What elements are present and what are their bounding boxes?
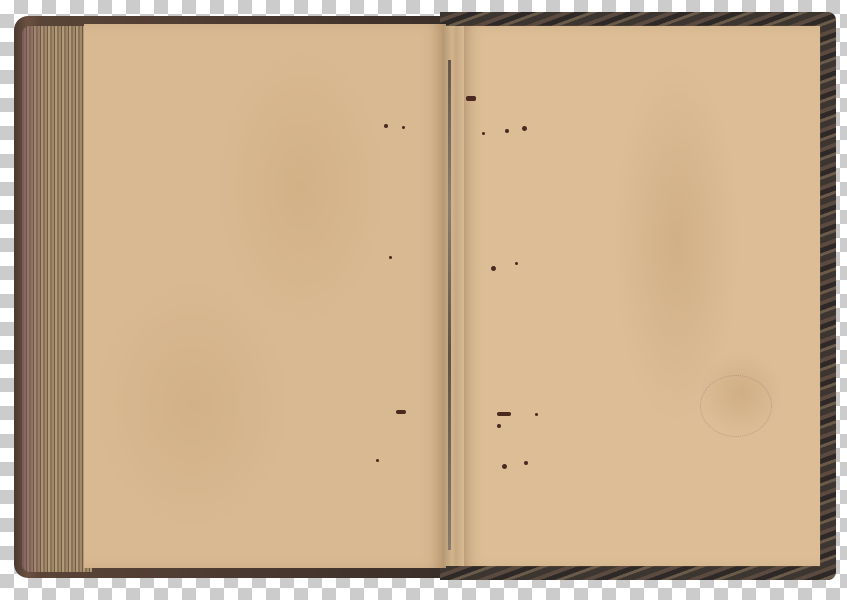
stain-spot (515, 262, 518, 265)
stain-spot (505, 129, 509, 133)
stain-spot (402, 126, 405, 129)
stain-spot (491, 266, 496, 271)
stain-spot (524, 461, 528, 465)
binding-crack (448, 60, 451, 550)
stain-spot (502, 464, 507, 469)
stain-spot (522, 126, 527, 131)
spine-gutter (444, 26, 464, 566)
stain-spot (466, 96, 476, 101)
left-page (84, 24, 446, 568)
stain-spot (497, 412, 511, 416)
stain-spot (396, 410, 406, 414)
stain-spot (497, 424, 501, 428)
right-page (462, 26, 820, 566)
faint-stamp (700, 375, 772, 437)
page-block-edge (22, 26, 92, 572)
stain-spot (535, 413, 538, 416)
stain-spot (482, 132, 485, 135)
stain-spot (384, 124, 388, 128)
stain-spot (389, 256, 392, 259)
stain-spot (376, 459, 379, 462)
open-book-photo (0, 0, 847, 600)
